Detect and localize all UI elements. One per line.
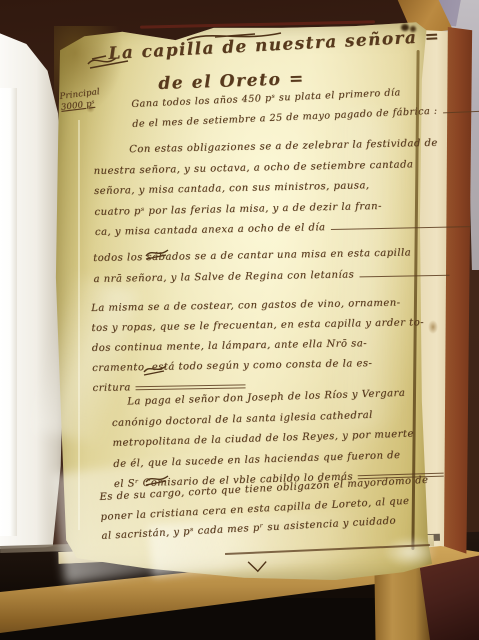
paragraph-expenses: La misma se a de costear, con gastos de … xyxy=(91,293,425,399)
foxing-spot xyxy=(428,320,438,334)
text-line: señora, y misa cantada, con sus ministro… xyxy=(94,180,370,197)
text-line: todos los sábados se a de cantar una mis… xyxy=(93,247,411,264)
paragraph-saturday-mass: todos los sábados se a de cantar una mis… xyxy=(93,242,449,290)
ink-rule xyxy=(442,107,479,113)
text-line: tos y ropas, que se le frecuentan, en es… xyxy=(91,317,424,334)
ink-rule xyxy=(330,224,470,230)
text-line: La misma se a de costear, con gastos de … xyxy=(91,298,401,314)
text-line: nuestra señora, y su octava, a ocho de s… xyxy=(94,159,414,177)
text-line: cuatro pˢ por las ferias la misa, y a de… xyxy=(94,201,382,218)
text-line: dos continua mente, la lámpara, ante ell… xyxy=(92,338,367,354)
text-line: La paga el señor don Joseph de los Ríos … xyxy=(127,388,405,408)
text-line: Con estas obligaziones se a de zelebrar … xyxy=(129,138,438,155)
page-fore-edge xyxy=(0,88,17,536)
manuscript-photo: La capilla de nuestra señora = de el Ore… xyxy=(0,0,479,640)
page-crease xyxy=(78,120,80,530)
text-line: canónigo doctoral de la santa iglesia ca… xyxy=(112,409,373,428)
paragraph-obligations: Con estas obligaziones se a de zelebrar … xyxy=(93,133,471,244)
text-line: ca, y misa cantada anexa a ocho de el dí… xyxy=(95,223,326,239)
text-line: cramento, está todo según y como consta … xyxy=(92,358,372,374)
ink-rule xyxy=(359,273,449,278)
text-line: a nrā señora, y la Salve de Regina con l… xyxy=(93,269,354,285)
